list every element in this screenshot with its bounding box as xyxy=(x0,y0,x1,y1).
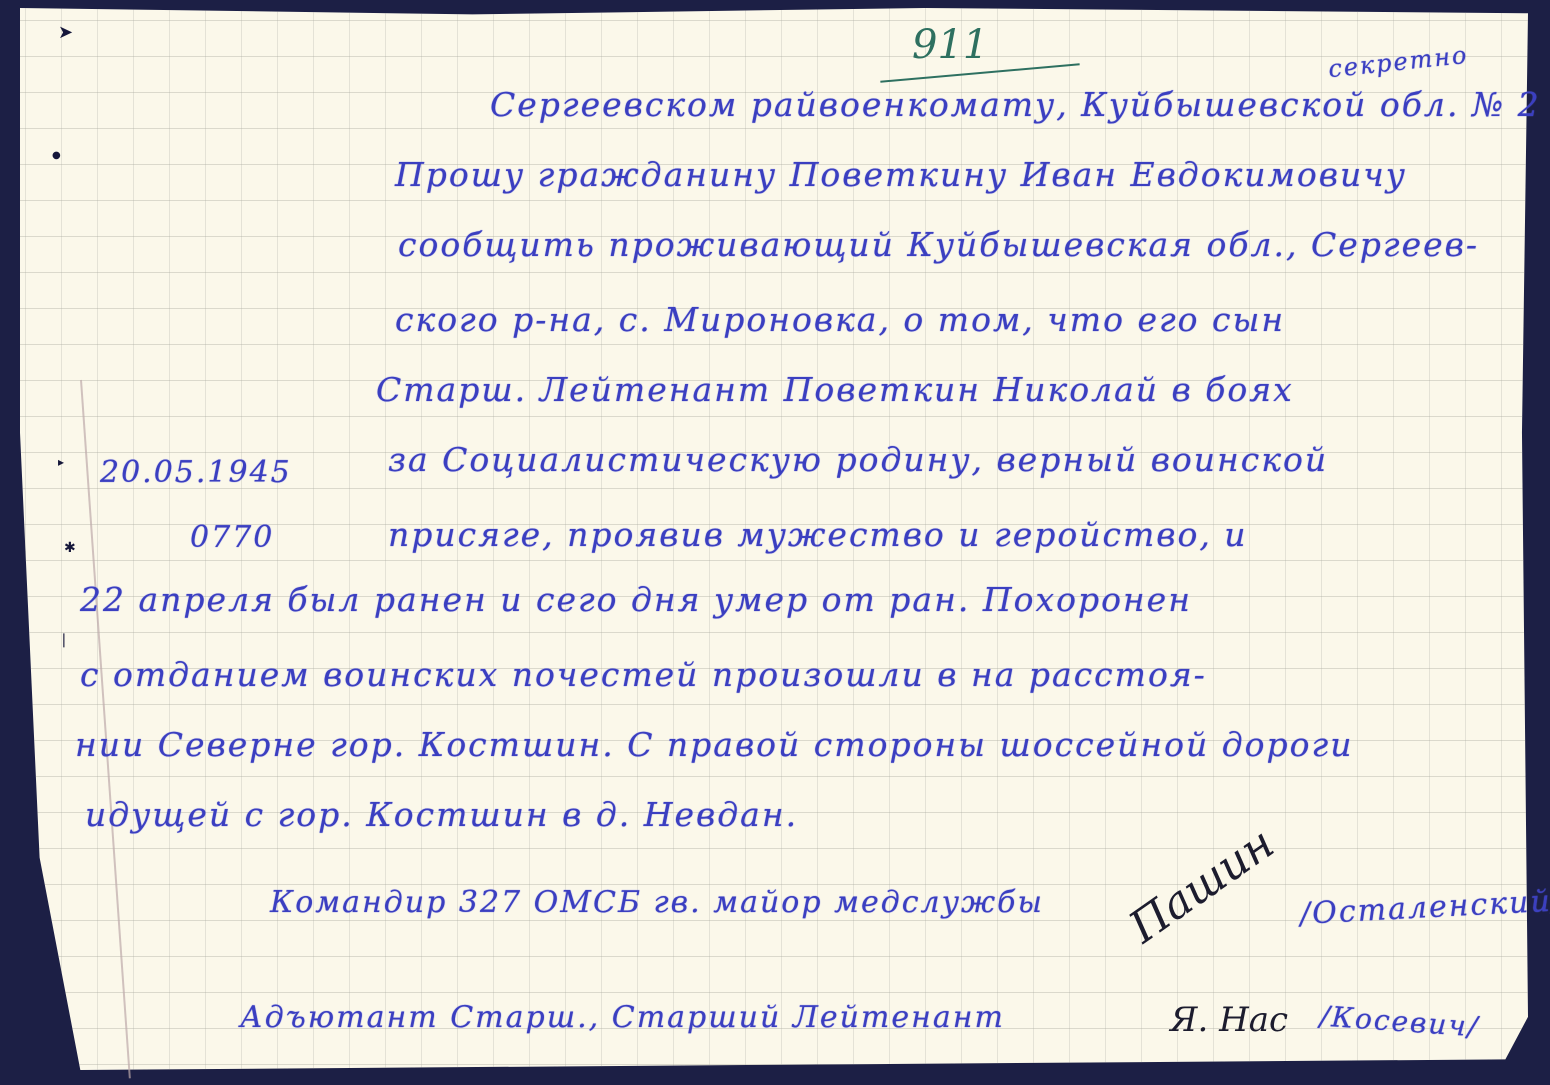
binding-hole-mark: ❘ xyxy=(58,632,70,648)
adjutant-title: Адъютант Старш., Старший Лейтенант xyxy=(240,1000,1005,1035)
margin-date: 20.05.1945 xyxy=(100,455,292,490)
registration-number-stamp: 911 xyxy=(912,22,988,68)
body-line-2: сообщить проживающий Куйбышевская обл., … xyxy=(398,225,1479,264)
body-line-7: 22 апреля был ранен и сего дня умер от р… xyxy=(80,580,1192,619)
body-line-9: нии Северне гор. Костшин. С правой сторо… xyxy=(75,725,1353,764)
binding-hole-mark: ● xyxy=(52,150,61,161)
body-line-6: присяге, проявив мужество и геройство, и xyxy=(388,515,1248,554)
body-line-1: Прошу гражданину Поветкину Иван Евдокимо… xyxy=(395,155,1407,194)
binding-hole-mark: ✱ xyxy=(64,540,76,556)
body-line-4: Старш. Лейтенант Поветкин Николай в боях xyxy=(376,370,1294,409)
body-line-3: ского р-на, с. Мироновка, о том, что его… xyxy=(395,300,1285,339)
margin-outgoing-number: 0770 xyxy=(190,520,274,555)
document-number: № 2 xyxy=(1472,85,1541,124)
commander-title: Командир 327 ОМСБ гв. майор медслужбы xyxy=(270,885,1044,920)
body-line-8: с отданием воинских почестей произошли в… xyxy=(80,655,1207,694)
body-line-5: за Социалистическую родину, верный воинс… xyxy=(388,440,1328,479)
addressee: Сергеевском райвоенкомату, Куйбышевской … xyxy=(490,85,1459,124)
adjutant-autograph: Я. Нас xyxy=(1170,1000,1288,1040)
binding-hole-mark: ▸ xyxy=(58,455,64,469)
body-line-10: идущей с гор. Костшин в д. Невдан. xyxy=(85,795,798,834)
binding-hole-mark: ➤ xyxy=(58,22,73,43)
addressee-line: Сергеевском райвоенкомату, Куйбышевской … xyxy=(490,85,1541,124)
